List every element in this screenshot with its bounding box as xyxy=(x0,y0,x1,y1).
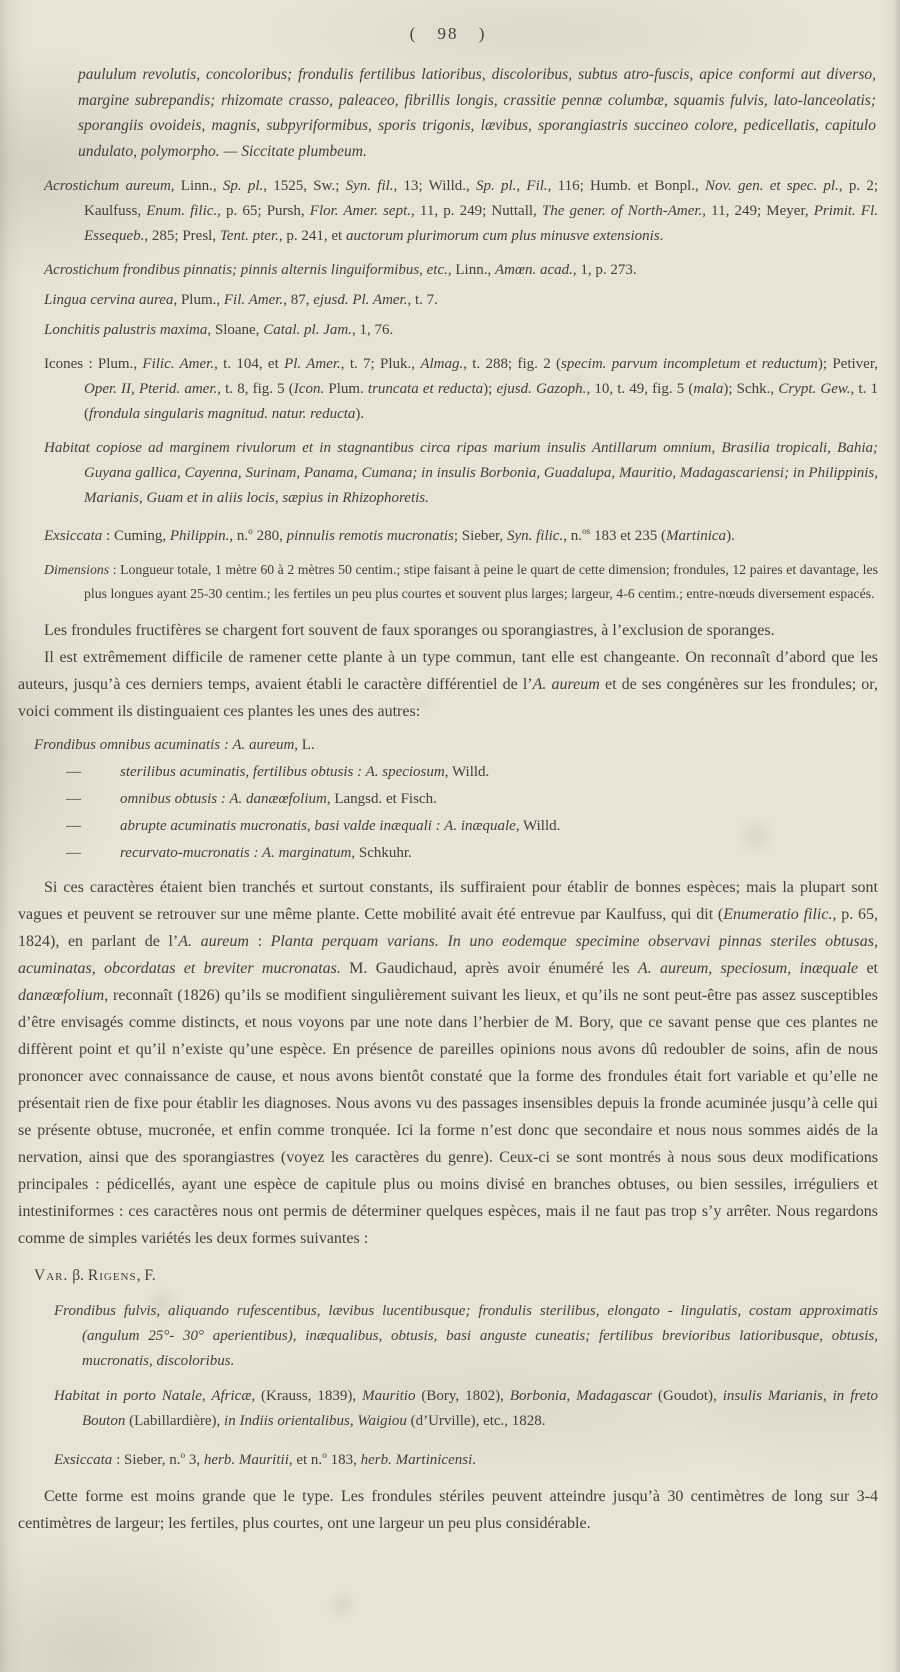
text-run: , Plum., xyxy=(173,292,223,308)
body-faux-sporanges: Les frondules fructifères se chargent fo… xyxy=(18,617,878,644)
text-run: , F. xyxy=(137,1267,156,1284)
text-run: (Goudot), xyxy=(652,1388,723,1404)
species-item-danaeofolium: —omnibus obtusis : A. danæœfolium, Langs… xyxy=(34,786,878,813)
text-run: ejusd. Gazoph. xyxy=(496,381,586,397)
text-run: Oper. II, Pterid. amer. xyxy=(84,381,217,397)
text-run: auctorum plurimorum cum plus minusve ext… xyxy=(346,228,660,244)
text-run: Siccitate plumbeum. xyxy=(241,143,367,160)
text-run: — xyxy=(66,759,120,786)
text-run: , 1, 76. xyxy=(352,322,393,338)
text-run: Acrostichum frondibus pinnatis; pinnis a… xyxy=(44,262,448,278)
text-run: Habitat copiose ad marginem rivulorum et… xyxy=(44,440,878,506)
text-run: 280, xyxy=(253,528,287,544)
text-run: Nov. gen. et spec. pl. xyxy=(705,178,839,194)
text-run: : Cuming, xyxy=(102,528,170,544)
text-run: frondula singularis magnitud. natur. red… xyxy=(89,406,355,422)
text-run: , Linn., xyxy=(448,262,495,278)
text-run: Rigens xyxy=(88,1267,137,1284)
scanned-book-page: ( 98 ) paululum revolutis, concoloribus;… xyxy=(0,0,900,1672)
text-run: Dimensions xyxy=(44,562,109,577)
text-run: Tent. pter. xyxy=(220,228,279,244)
text-run: Les frondules fructifères se chargent fo… xyxy=(44,622,775,639)
text-run: ; Sieber, xyxy=(454,528,507,544)
text-run: , et n. xyxy=(289,1452,322,1468)
text-run: , Schkuhr. xyxy=(351,845,411,861)
exsiccata: Exsiccata : Cuming, Philippin., n.o 280,… xyxy=(18,520,878,549)
text-run: , reconnaît (1826) qu’ils se modifient s… xyxy=(18,987,878,1247)
text-run: , t. 288; fig. 2 ( xyxy=(463,356,561,372)
text-run: 3, xyxy=(185,1452,204,1468)
text-run: , 116; Humb. et Bonpl., xyxy=(548,178,705,194)
text-run: mala xyxy=(693,381,723,397)
text-run: , t. 8, fig. 5 ( xyxy=(217,381,294,397)
text-run: , p. 241, et xyxy=(279,228,346,244)
text-run: paululum revolutis, concoloribus; frondu… xyxy=(78,66,876,160)
text-run: Exsiccata xyxy=(44,528,102,544)
text-run: ); Petiver, xyxy=(818,356,878,372)
text-run: A. aureum, speciosum, inæquale xyxy=(638,960,858,977)
text-run: , p. 65; Pursh, xyxy=(217,203,310,219)
synonymy-lingua-cervina: Lingua cervina aurea, Plum., Fil. Amer.,… xyxy=(18,288,878,313)
variety-diagnosis: Frondibus fulvis, aliquando rufescentibu… xyxy=(18,1299,878,1374)
text-run: 183 et 235 ( xyxy=(590,528,666,544)
text-run: Syn. fil. xyxy=(346,178,394,194)
text-run: recurvato-mucronatis : A. marginatum xyxy=(120,845,351,861)
text-run: , 1525, Sw.; xyxy=(263,178,345,194)
text-run: , Willd. xyxy=(445,764,490,780)
text-run: danæœfolium xyxy=(18,987,104,1004)
text-run: pinnulis remotis mucronatis xyxy=(287,528,454,544)
text-run: specim. parvum incompletum et reductum xyxy=(561,356,818,372)
text-run: ). xyxy=(726,528,735,544)
text-run: ejusd. Pl. Amer. xyxy=(313,292,407,308)
text-run: Syn. filic. xyxy=(507,528,563,544)
text-run: , n. xyxy=(229,528,248,544)
text-run: , t. 7; Pluk., xyxy=(341,356,421,372)
text-run: : Longueur totale, 1 mètre 60 à 2 mètres… xyxy=(84,562,878,601)
text-run: , n. xyxy=(563,528,582,544)
text-run: 183, xyxy=(327,1452,361,1468)
text-run: ). xyxy=(355,406,364,422)
variety-exsiccata: Exsiccata : Sieber, n.o 3, herb. Mauriti… xyxy=(18,1444,878,1473)
page-content: ( 98 ) paululum revolutis, concoloribus;… xyxy=(0,0,900,1537)
text-run: Acrostichum aureum xyxy=(44,178,171,194)
variety-habitat: Habitat in porto Natale, Africæ, (Krauss… xyxy=(18,1384,878,1434)
text-run: Plum. xyxy=(324,381,368,397)
icones: Icones : Plum., Filic. Amer., t. 104, et… xyxy=(18,352,878,427)
text-run: Flor. Amer. sept. xyxy=(310,203,411,219)
text-run: Borbonia, Madagascar xyxy=(510,1388,652,1404)
text-run: Lonchitis palustris maxima xyxy=(44,322,207,338)
text-run: A. aureum xyxy=(178,933,249,950)
text-run: ); Schk., xyxy=(723,381,778,397)
text-run: , 87, xyxy=(283,292,313,308)
text-run: , 10, t. 49, fig. 5 ( xyxy=(586,381,693,397)
text-run: Mauritio xyxy=(362,1388,415,1404)
text-run: Fil. Amer. xyxy=(224,292,283,308)
text-run: — xyxy=(66,813,120,840)
text-run: β. xyxy=(68,1267,88,1284)
body-discussion: Si ces caractères étaient bien tranchés … xyxy=(18,874,878,1252)
text-run: — xyxy=(66,786,120,813)
text-run: , t. 104, et xyxy=(214,356,284,372)
text-run: Icon. xyxy=(294,381,324,397)
text-run: truncata et reducta xyxy=(368,381,483,397)
synonymy-acrostichum-frondibus: Acrostichum frondibus pinnatis; pinnis a… xyxy=(18,258,878,283)
text-run: Pl. Amer. xyxy=(284,356,341,372)
page-number: ( 98 ) xyxy=(18,0,878,44)
text-run: Lingua cervina aurea xyxy=(44,292,173,308)
text-run: ); xyxy=(483,381,496,397)
text-run: : Sieber, n. xyxy=(112,1452,180,1468)
text-run: , L. xyxy=(294,737,314,753)
text-run: in Indiis orientalibus, Waigiou xyxy=(224,1413,407,1429)
text-run: The gener. of North-Amer. xyxy=(542,203,702,219)
text-run: omnibus obtusis : A. danæœfolium xyxy=(120,791,327,807)
habitat: Habitat copiose ad marginem rivulorum et… xyxy=(18,436,878,511)
species-item-aureum: Frondibus omnibus acuminatis : A. aureum… xyxy=(34,732,878,759)
dimensions: Dimensions : Longueur totale, 1 mètre 60… xyxy=(18,558,878,605)
text-run: (Labillardière), xyxy=(125,1413,224,1429)
text-run: abrupte acuminatis mucronatis, basi vald… xyxy=(120,818,516,834)
text-run: . xyxy=(472,1452,476,1468)
species-item-marginatum: —recurvato-mucronatis : A. marginatum, S… xyxy=(34,840,878,867)
text-run: Enumeratio filic. xyxy=(723,906,832,923)
text-run: Amœn. acad. xyxy=(495,262,573,278)
text-run: Martinica xyxy=(666,528,726,544)
text-run: : xyxy=(249,933,271,950)
text-run: , Willd. xyxy=(516,818,561,834)
text-run: Almag. xyxy=(420,356,463,372)
text-run: (d’Urville), etc., 1828. xyxy=(407,1413,546,1429)
synonymy-lonchitis: Lonchitis palustris maxima, Sloane, Cata… xyxy=(18,318,878,343)
text-run: Philippin. xyxy=(170,528,230,544)
text-run: , Linn., xyxy=(171,178,223,194)
text-run: — xyxy=(66,840,120,867)
text-run: . xyxy=(660,228,664,244)
synonymy-acrostichum-aureum: Acrostichum aureum, Linn., Sp. pl., 1525… xyxy=(18,174,878,249)
text-run: , 13; Willd., xyxy=(394,178,476,194)
text-run: , 1, p. 273. xyxy=(573,262,637,278)
text-run: Icones : Plum., xyxy=(44,356,142,372)
text-run: Crypt. Gew. xyxy=(778,381,850,397)
species-item-inaequale: —abrupte acuminatis mucronatis, basi val… xyxy=(34,813,878,840)
body-type-commun: Il est extrêmement difficile de ramener … xyxy=(18,644,878,725)
variety-heading: Var. β. Rigens, F. xyxy=(34,1264,878,1288)
text-run: , 11, p. 249; Nuttall, xyxy=(411,203,542,219)
text-run: Sp. pl. xyxy=(223,178,263,194)
text-run: A. aureum xyxy=(533,676,600,693)
body-closing: Cette forme est moins grande que le type… xyxy=(18,1483,878,1537)
text-run: Catal. pl. Jam. xyxy=(263,322,352,338)
text-run: (Bory, 1802), xyxy=(415,1388,509,1404)
text-run: , 11, 249; Meyer, xyxy=(702,203,813,219)
text-run: Frondibus fulvis, aliquando rufescentibu… xyxy=(54,1303,878,1369)
text-run: , t. 7. xyxy=(408,292,438,308)
text-run: Enum. filic. xyxy=(146,203,217,219)
species-item-speciosum: —sterilibus acuminatis, fertilibus obtus… xyxy=(34,759,878,786)
text-run: os xyxy=(582,527,590,537)
page-body: paululum revolutis, concoloribus; frondu… xyxy=(18,62,878,1537)
text-run: Sp. pl., Fil. xyxy=(476,178,548,194)
text-run: Exsiccata xyxy=(54,1452,112,1468)
text-run: herb. Martinicensi xyxy=(361,1452,473,1468)
text-run: Filic. Amer. xyxy=(142,356,214,372)
text-run: herb. Mauritii xyxy=(204,1452,289,1468)
text-run: , Sloane, xyxy=(207,322,263,338)
text-run: Frondibus omnibus acuminatis : A. aureum xyxy=(34,737,294,753)
diagnosis-continuation: paululum revolutis, concoloribus; frondu… xyxy=(78,62,876,164)
text-run: sterilibus acuminatis, fertilibus obtusi… xyxy=(120,764,445,780)
text-run: Cette forme est moins grande que le type… xyxy=(18,1488,878,1532)
text-run: Var. xyxy=(34,1267,68,1284)
text-run: Habitat in porto Natale, Africæ, xyxy=(54,1388,255,1404)
text-run: M. Gaudichaud, après avoir énuméré les xyxy=(341,960,638,977)
text-run: (Krauss, 1839), xyxy=(255,1388,362,1404)
text-run: , Langsd. et Fisch. xyxy=(327,791,437,807)
text-run: et xyxy=(858,960,878,977)
text-run: , 285; Presl, xyxy=(144,228,219,244)
